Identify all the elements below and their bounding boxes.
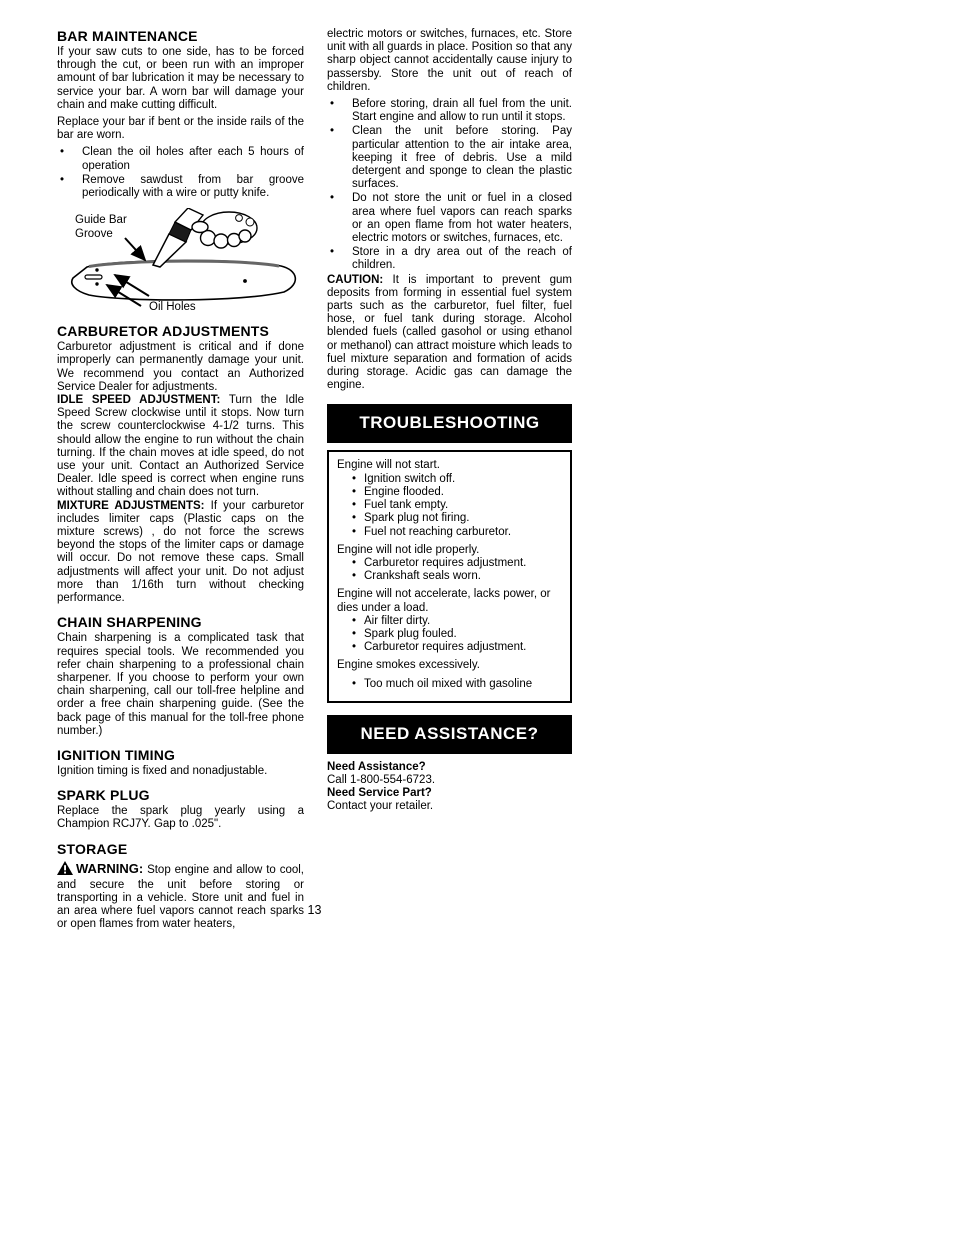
section-carburetor-adjustments: CARBURETOR ADJUSTMENTS Carburetor adjust…	[57, 323, 304, 605]
troubleshooting-banner: TROUBLESHOOTING	[327, 404, 572, 443]
storage-bullet-2: • Clean the unit before storing. Pay par…	[327, 125, 572, 191]
bar-maintenance-paragraph-2: Replace your bar if bent or the inside r…	[57, 116, 304, 142]
right-column: electric motors or switches, furnaces, e…	[327, 28, 572, 814]
bullet-icon: •	[352, 512, 356, 525]
bullet-icon: •	[352, 570, 356, 583]
spark-plug-text: Replace the spark plug yearly using a Ch…	[57, 805, 304, 831]
ts-cause: •Engine flooded.	[337, 486, 562, 499]
caution-text: It is important to prevent gum deposits …	[327, 274, 572, 392]
ts-cause-text: Crankshaft seals worn.	[364, 570, 481, 582]
idle-speed-text: Turn the Idle Speed Screw clockwise unti…	[57, 394, 304, 498]
ts-cause: •Air filter dirty.	[337, 615, 562, 628]
need-assistance-banner: NEED ASSISTANCE?	[327, 715, 572, 754]
storage-bullet-3: • Do not store the unit or fuel in a clo…	[327, 192, 572, 245]
bullet-icon: •	[352, 678, 356, 691]
need-assistance-phone: Call 1-800-554-6723.	[327, 774, 572, 787]
troubleshooting-box: Engine will not start. •Ignition switch …	[327, 450, 572, 702]
bullet-icon: •	[352, 486, 356, 499]
bullet-icon: •	[60, 174, 64, 187]
caution-paragraph: CAUTION: It is important to prevent gum …	[327, 274, 572, 393]
guide-bar-groove-label-line1: Guide Bar	[75, 214, 127, 226]
ts-cause: •Too much oil mixed with gasoline	[337, 678, 562, 691]
oil-hole-top	[95, 269, 98, 272]
oil-slot	[85, 275, 102, 279]
bullet-text: Before storing, drain all fuel from the …	[352, 98, 572, 123]
ts-cause: •Carburetor requires adjustment.	[337, 557, 562, 570]
ts-cause-text: Air filter dirty.	[364, 615, 430, 627]
guide-bar-groove-arrow	[125, 238, 145, 260]
bullet-icon: •	[352, 641, 356, 654]
bar-maintenance-bullet-1: • Clean the oil holes after each 5 hours…	[57, 146, 304, 172]
storage-bullet-1: • Before storing, drain all fuel from th…	[327, 98, 572, 124]
bullet-icon: •	[60, 146, 64, 159]
need-service-part-answer: Contact your retailer.	[327, 800, 572, 813]
guide-bar-outline	[72, 261, 296, 300]
ts-cause-text: Engine flooded.	[364, 486, 444, 498]
caution-label: CAUTION:	[327, 274, 383, 286]
mixture-paragraph: MIXTURE ADJUSTMENTS: If your carburetor …	[57, 500, 304, 606]
need-assistance-question: Need Assistance?	[327, 761, 572, 774]
storage-continued-paragraph: electric motors or switches, furnaces, e…	[327, 28, 572, 94]
ts-cause: •Fuel not reaching carburetor.	[337, 526, 562, 539]
need-assistance-info: Need Assistance? Call 1-800-554-6723. Ne…	[327, 761, 572, 814]
page-number: 13	[57, 903, 572, 917]
section-title-ignition-timing: IGNITION TIMING	[57, 747, 304, 763]
ignition-timing-text: Ignition timing is fixed and nonadjustab…	[57, 765, 304, 778]
section-chain-sharpening: CHAIN SHARPENING Chain sharpening is a c…	[57, 614, 304, 738]
left-column: BAR MAINTENANCE If your saw cuts to one …	[57, 28, 304, 936]
guide-bar-diagram: Guide Bar Groove Oil Holes	[57, 208, 304, 314]
oil-holes-label: Oil Holes	[149, 301, 196, 313]
ts-problem-2: Engine will not idle properly.	[337, 544, 562, 557]
ts-cause: •Spark plug fouled.	[337, 628, 562, 641]
carburetor-intro: Carburetor adjustment is critical and if…	[57, 341, 304, 394]
ts-cause-text: Too much oil mixed with gasoline	[364, 678, 532, 690]
section-ignition-timing: IGNITION TIMING Ignition timing is fixed…	[57, 747, 304, 778]
ts-cause: •Fuel tank empty.	[337, 499, 562, 512]
mixture-text: If your carburetor includes limiter caps…	[57, 500, 304, 604]
bar-maintenance-bullet-2: • Remove sawdust from bar groove periodi…	[57, 174, 304, 200]
bullet-text: Store in a dry area out of the reach of …	[352, 246, 572, 271]
idle-speed-paragraph: IDLE SPEED ADJUSTMENT: Turn the Idle Spe…	[57, 394, 304, 500]
storage-warning-paragraph: WARNING: Stop engine and allow to cool, …	[57, 861, 304, 932]
bullet-icon: •	[352, 526, 356, 539]
storage-bullet-4: • Store in a dry area out of the reach o…	[327, 246, 572, 272]
section-spark-plug: SPARK PLUG Replace the spark plug yearly…	[57, 787, 304, 831]
bullet-icon: •	[330, 246, 334, 259]
mixture-label: MIXTURE ADJUSTMENTS:	[57, 500, 205, 512]
bullet-icon: •	[352, 628, 356, 641]
bar-mount-hole	[243, 279, 247, 283]
section-title-spark-plug: SPARK PLUG	[57, 787, 304, 803]
section-title-carburetor: CARBURETOR ADJUSTMENTS	[57, 323, 304, 339]
ts-problem-4: Engine smokes excessively.	[337, 659, 562, 672]
ts-cause-text: Carburetor requires adjustment.	[364, 641, 526, 653]
section-storage: STORAGE WARNING: Stop engine and allow t…	[57, 841, 304, 932]
ts-cause-text: Fuel not reaching carburetor.	[364, 526, 511, 538]
bullet-icon: •	[352, 499, 356, 512]
chain-sharpening-text: Chain sharpening is a complicated task t…	[57, 632, 304, 738]
bullet-icon: •	[352, 615, 356, 628]
bullet-icon: •	[330, 192, 334, 205]
guide-bar-groove-label-line2: Groove	[75, 228, 113, 240]
warning-triangle-icon	[57, 861, 73, 879]
bar-maintenance-paragraph-1: If your saw cuts to one side, has to be …	[57, 46, 304, 112]
bullet-text: Clean the oil holes after each 5 hours o…	[82, 146, 304, 171]
bullet-icon: •	[330, 98, 334, 111]
section-title-storage: STORAGE	[57, 841, 304, 857]
section-bar-maintenance: BAR MAINTENANCE If your saw cuts to one …	[57, 28, 304, 200]
ts-cause-text: Spark plug fouled.	[364, 628, 457, 640]
oil-hole-bottom	[95, 283, 98, 286]
ts-cause: •Spark plug not firing.	[337, 512, 562, 525]
ts-cause: •Carburetor requires adjustment.	[337, 641, 562, 654]
bullet-icon: •	[352, 473, 356, 486]
idle-speed-label: IDLE SPEED ADJUSTMENT:	[57, 394, 220, 406]
ts-cause-text: Fuel tank empty.	[364, 499, 448, 511]
ts-cause: •Ignition switch off.	[337, 473, 562, 486]
ts-cause-text: Spark plug not firing.	[364, 512, 469, 524]
bullet-text: Do not store the unit or fuel in a close…	[352, 192, 572, 244]
bullet-icon: •	[330, 125, 334, 138]
bullet-icon: •	[352, 557, 356, 570]
manual-page: BAR MAINTENANCE If your saw cuts to one …	[0, 0, 954, 1235]
section-title-chain-sharpening: CHAIN SHARPENING	[57, 614, 304, 630]
ts-cause-text: Ignition switch off.	[364, 473, 455, 485]
section-title-bar-maintenance: BAR MAINTENANCE	[57, 28, 304, 44]
bullet-text: Remove sawdust from bar groove periodica…	[82, 174, 304, 199]
ts-problem-3: Engine will not accelerate, lacks power,…	[337, 588, 562, 614]
ts-problem-1: Engine will not start.	[337, 459, 562, 472]
bullet-text: Clean the unit before storing. Pay parti…	[352, 125, 572, 190]
need-service-part-question: Need Service Part?	[327, 787, 572, 800]
ts-cause: •Crankshaft seals worn.	[337, 570, 562, 583]
ts-cause-text: Carburetor requires adjustment.	[364, 557, 526, 569]
warning-label: WARNING:	[76, 861, 143, 876]
guide-bar-illustration: Guide Bar Groove Oil Holes	[57, 208, 304, 314]
